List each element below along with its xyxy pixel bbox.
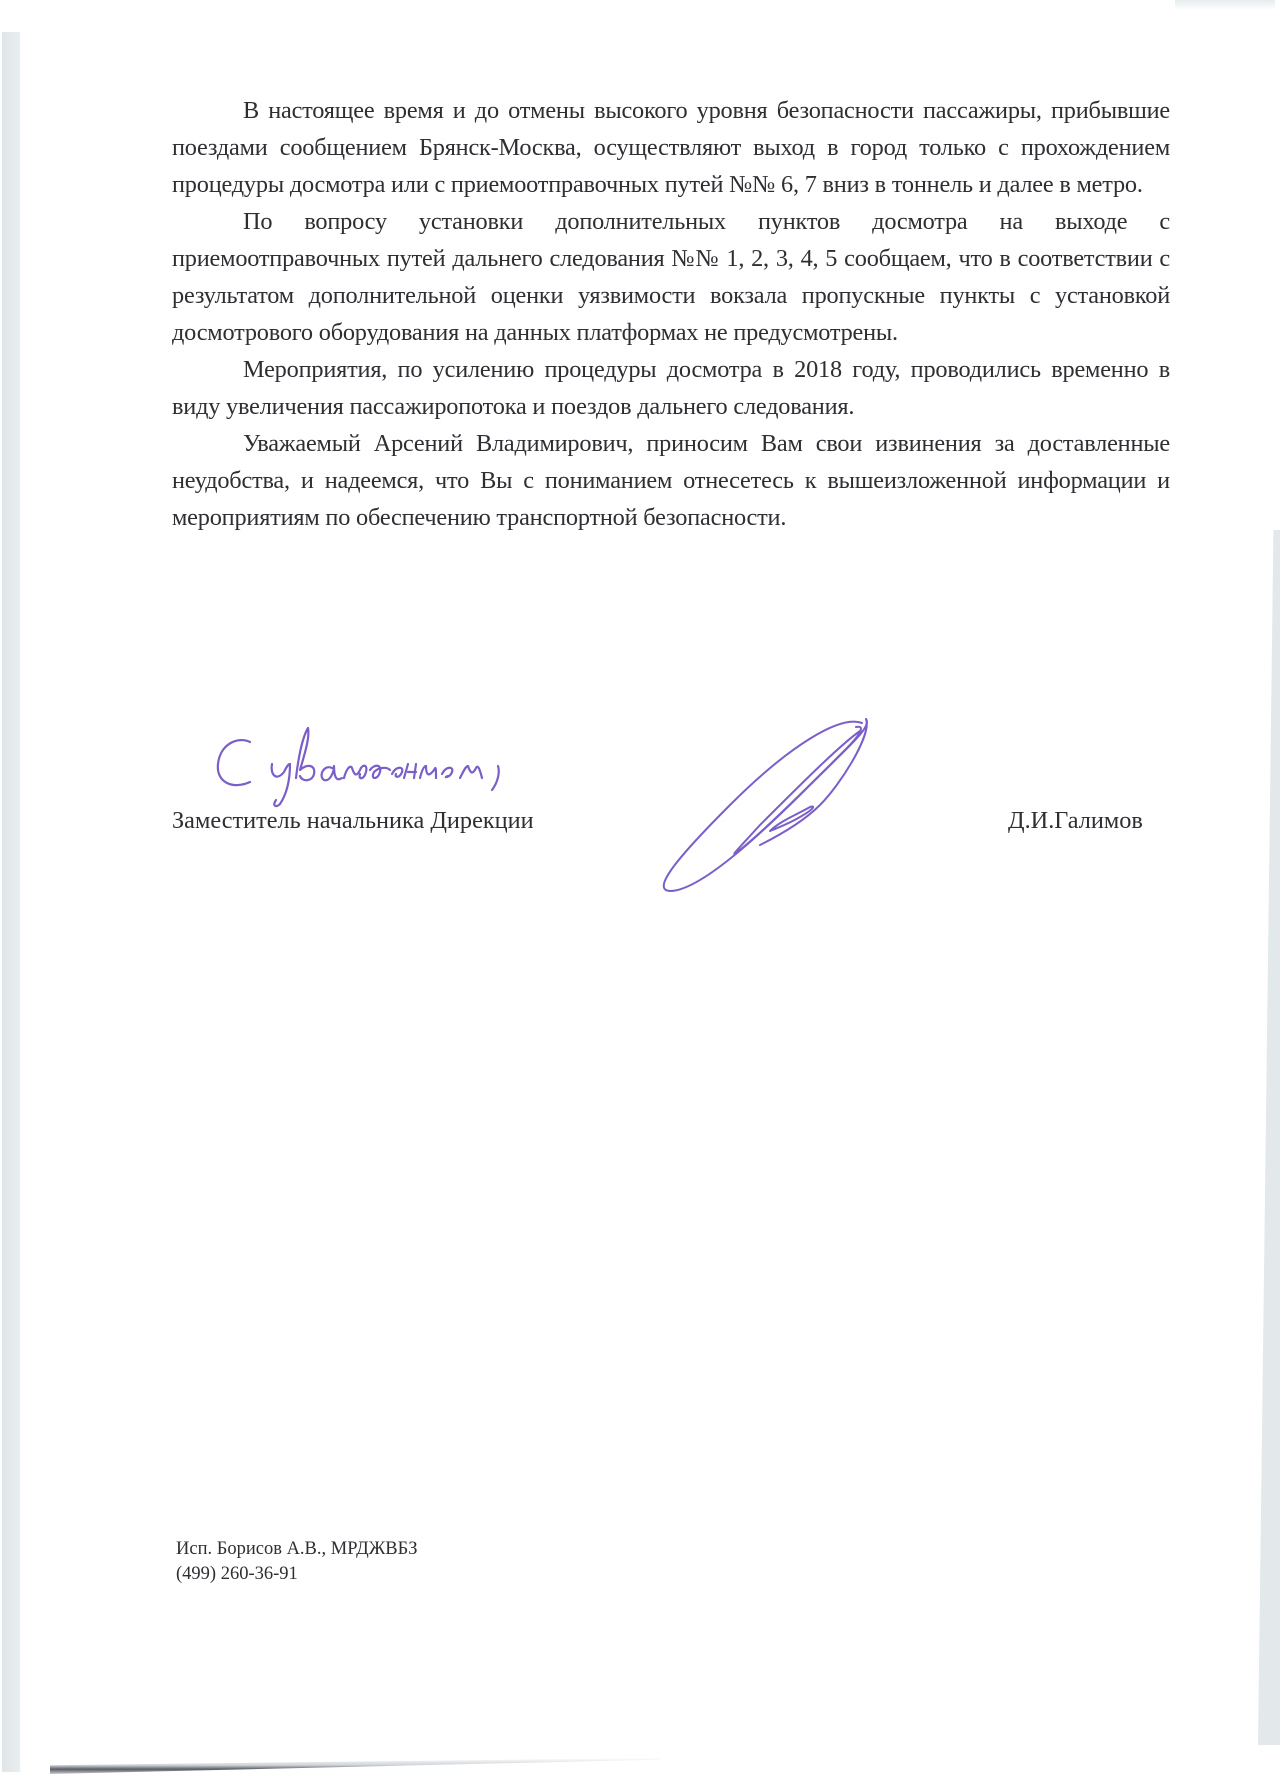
executor-phone: (499) 260-36-91 [176,1562,418,1587]
paragraph-3: Мероприятия, по усилению процедуры досмо… [172,351,1170,425]
signature-icon [640,705,880,900]
scan-edge-bottom [50,1758,660,1774]
handwritten-salutation-icon: С уважением, [210,720,540,810]
executor-name: Исп. Борисов А.В., МРДЖВБЗ [176,1537,418,1562]
signer-name: Д.И.Галимов [1008,806,1143,836]
letter-body: В настоящее время и до отмены высокого у… [172,92,1170,536]
paragraph-2: По вопросу установки дополнительных пунк… [172,203,1170,351]
scan-edge-right [1258,530,1280,1745]
scan-edge-left [2,32,20,1772]
signer-title: Заместитель начальника Дирекции [172,806,534,836]
executor-info: Исп. Борисов А.В., МРДЖВБЗ (499) 260-36-… [176,1537,418,1587]
scan-edge-top [1175,0,1275,10]
paragraph-1: В настоящее время и до отмены высокого у… [172,92,1170,203]
paragraph-4: Уважаемый Арсений Владимирович, приносим… [172,425,1170,536]
